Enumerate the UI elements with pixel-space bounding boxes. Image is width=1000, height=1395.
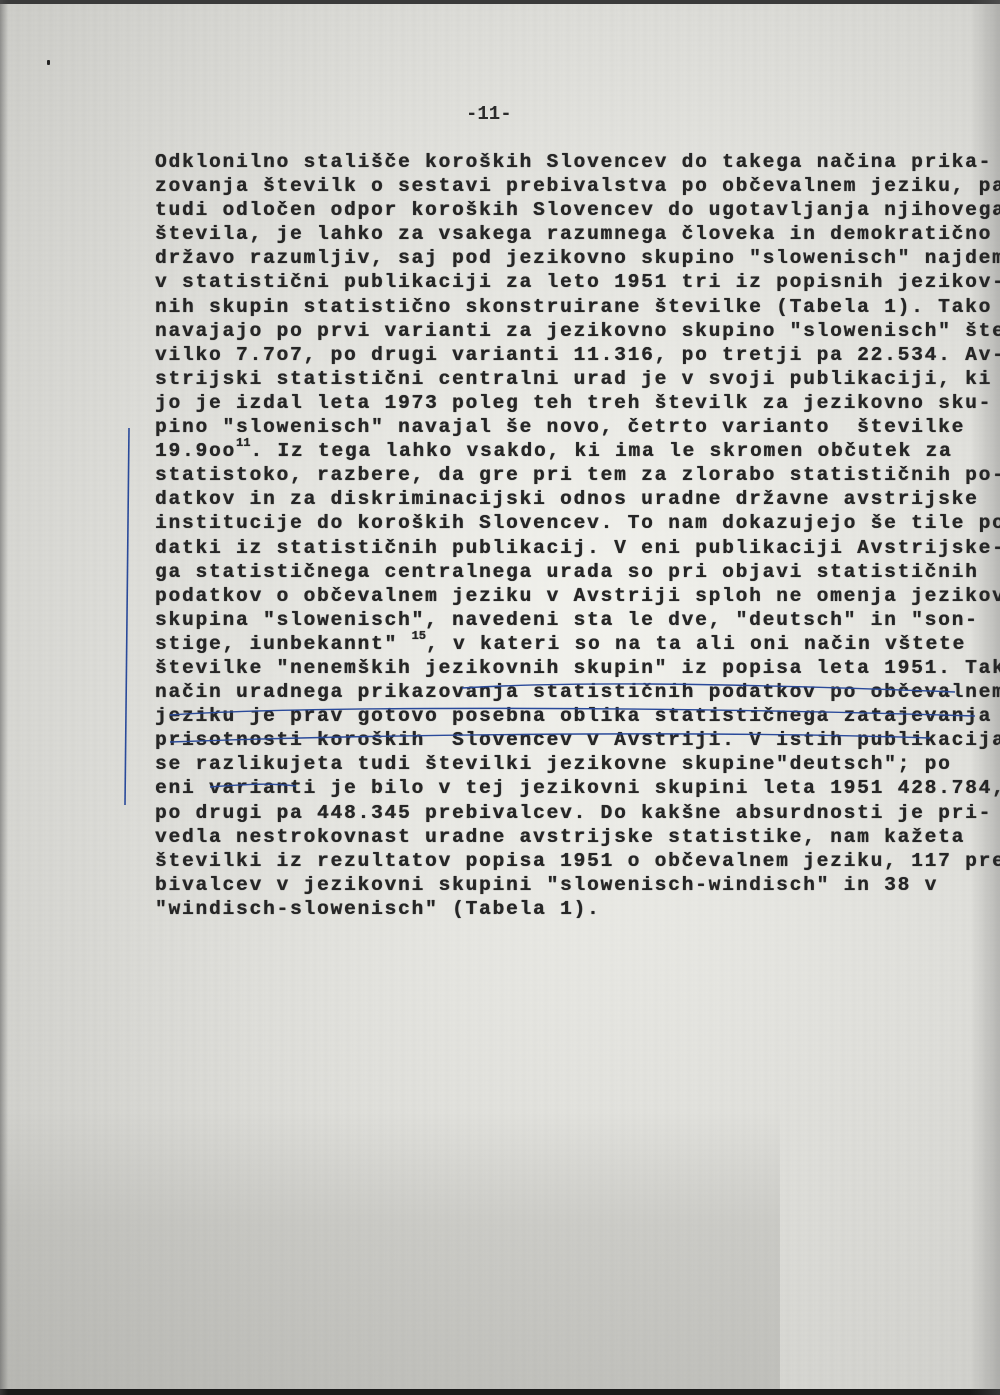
line-text: se razlikujeta tudi številki jezikovne s…: [155, 753, 952, 775]
line-text: datki iz statističnih publikacij. V eni …: [155, 537, 1000, 559]
text-line: datki iz statističnih publikacij. V eni …: [155, 536, 985, 560]
text-line: statistoko, razbere, da gre pri tem za z…: [155, 463, 985, 487]
line-text: strijski statistični centralni urad je v…: [155, 368, 992, 390]
line-text: Odklonilno stališče koroških Slovencev d…: [155, 151, 992, 173]
text-line: način uradnega prikazovanja statističnih…: [155, 680, 985, 704]
line-text: številki iz rezultatov popisa 1951 o obč…: [155, 850, 1000, 872]
scan-left-edge: [0, 0, 8, 1395]
line-text: stige, iunbekannt": [155, 633, 412, 655]
footnote-marker: 15: [412, 629, 426, 643]
text-line: jo je izdal leta 1973 poleg teh treh šte…: [155, 391, 985, 415]
line-text: navajajo po prvi varianti za jezikovno s…: [155, 320, 1000, 342]
text-line: stige, iunbekannt" 15, v kateri so na ta…: [155, 632, 985, 656]
text-line: navajajo po prvi varianti za jezikovno s…: [155, 319, 985, 343]
text-line: datkov in za diskriminacijski odnos urad…: [155, 487, 985, 511]
scan-top-edge: [0, 0, 1000, 4]
text-line: jeziku je prav gotovo posebna oblika sta…: [155, 704, 985, 728]
line-text: v statistični publikaciji za leto 1951 t…: [155, 271, 1000, 293]
text-line: ga statističnega centralnega urada so pr…: [155, 560, 985, 584]
line-text: način uradnega prikazovanja statističnih…: [155, 681, 1000, 703]
text-line: "windisch-slowenisch" (Tabela 1).: [155, 897, 985, 921]
page-number: -11-: [466, 103, 512, 125]
text-line: vilko 7.7o7, po drugi varianti 11.316, p…: [155, 343, 985, 367]
line-text: institucije do koroških Slovencev. To na…: [155, 512, 1000, 534]
line-text: ga statističnega centralnega urada so pr…: [155, 561, 979, 583]
footnote-marker: 11: [236, 436, 250, 450]
line-text: bivalcev v jezikovni skupini "slowenisch…: [155, 874, 938, 896]
line-text: pino "slowenisch" navajal še novo, četrt…: [155, 416, 965, 438]
line-text: državo razumljiv, saj pod jezikovno skup…: [155, 247, 1000, 269]
typewritten-paragraph: Odklonilno stališče koroških Slovencev d…: [155, 150, 985, 921]
line-text: zovanja številk o sestavi prebivalstva p…: [155, 175, 1000, 197]
text-line: v statistični publikaciji za leto 1951 t…: [155, 270, 985, 294]
text-line: podatkov o občevalnem jeziku v Avstriji …: [155, 584, 985, 608]
line-text-continued: . Iz tega lahko vsakdo, ki ima le skrome…: [250, 440, 952, 462]
text-line: številki iz rezultatov popisa 1951 o obč…: [155, 849, 985, 873]
text-line: državo razumljiv, saj pod jezikovno skup…: [155, 246, 985, 270]
line-text: podatkov o občevalnem jeziku v Avstriji …: [155, 585, 1000, 607]
line-text: števila, je lahko za vsakega razumnega č…: [155, 223, 992, 245]
line-text: jo je izdal leta 1973 poleg teh treh šte…: [155, 392, 992, 414]
text-line: tudi odločen odpor koroških Slovencev do…: [155, 198, 985, 222]
line-text: vedla nestrokovnast uradne avstrijske st…: [155, 826, 965, 848]
line-text: številke "nenemških jezikovnih skupin" i…: [155, 657, 1000, 679]
line-text: nih skupin statistično skonstruirane šte…: [155, 296, 992, 318]
text-line: strijski statistični centralni urad je v…: [155, 367, 985, 391]
text-line: bivalcev v jezikovni skupini "slowenisch…: [155, 873, 985, 897]
dust-speck: [47, 60, 50, 65]
line-text: vilko 7.7o7, po drugi varianti 11.316, p…: [155, 344, 1000, 366]
scanned-page: -11- Odklonilno stališče koroških Sloven…: [0, 0, 1000, 1395]
line-text-continued: , v kateri so na ta ali oni način vštete: [426, 633, 966, 655]
line-text: statistoko, razbere, da gre pri tem za z…: [155, 464, 1000, 486]
text-line: števila, je lahko za vsakega razumnega č…: [155, 222, 985, 246]
text-line: se razlikujeta tudi številki jezikovne s…: [155, 752, 985, 776]
scan-shading: [0, 1110, 780, 1395]
line-text: 19.9oo: [155, 440, 236, 462]
text-line: 19.9oo11. Iz tega lahko vsakdo, ki ima l…: [155, 439, 985, 463]
line-text: tudi odločen odpor koroških Slovencev do…: [155, 199, 1000, 221]
text-line: skupina "slowenisch", navedeni sta le dv…: [155, 608, 985, 632]
line-text: jeziku je prav gotovo posebna oblika sta…: [155, 705, 992, 727]
text-line: institucije do koroških Slovencev. To na…: [155, 511, 985, 535]
text-line: zovanja številk o sestavi prebivalstva p…: [155, 174, 985, 198]
scan-bottom-edge: [0, 1389, 1000, 1395]
margin-line: [125, 428, 129, 805]
line-text: "windisch-slowenisch" (Tabela 1).: [155, 898, 601, 920]
line-text: prisotnosti koroških Slovencev v Avstrij…: [155, 729, 1000, 751]
line-text: skupina "slowenisch", navedeni sta le dv…: [155, 609, 979, 631]
text-line: eni varianti je bilo v tej jezikovni sku…: [155, 776, 985, 800]
text-line: po drugi pa 448.345 prebivalcev. Do kakš…: [155, 801, 985, 825]
text-line: vedla nestrokovnast uradne avstrijske st…: [155, 825, 985, 849]
text-line: nih skupin statistično skonstruirane šte…: [155, 295, 985, 319]
line-text: po drugi pa 448.345 prebivalcev. Do kakš…: [155, 802, 992, 824]
text-line: številke "nenemških jezikovnih skupin" i…: [155, 656, 985, 680]
line-text: datkov in za diskriminacijski odnos urad…: [155, 488, 979, 510]
text-line: pino "slowenisch" navajal še novo, četrt…: [155, 415, 985, 439]
line-text: eni varianti je bilo v tej jezikovni sku…: [155, 777, 1000, 799]
text-line: prisotnosti koroških Slovencev v Avstrij…: [155, 728, 985, 752]
text-line: Odklonilno stališče koroških Slovencev d…: [155, 150, 985, 174]
